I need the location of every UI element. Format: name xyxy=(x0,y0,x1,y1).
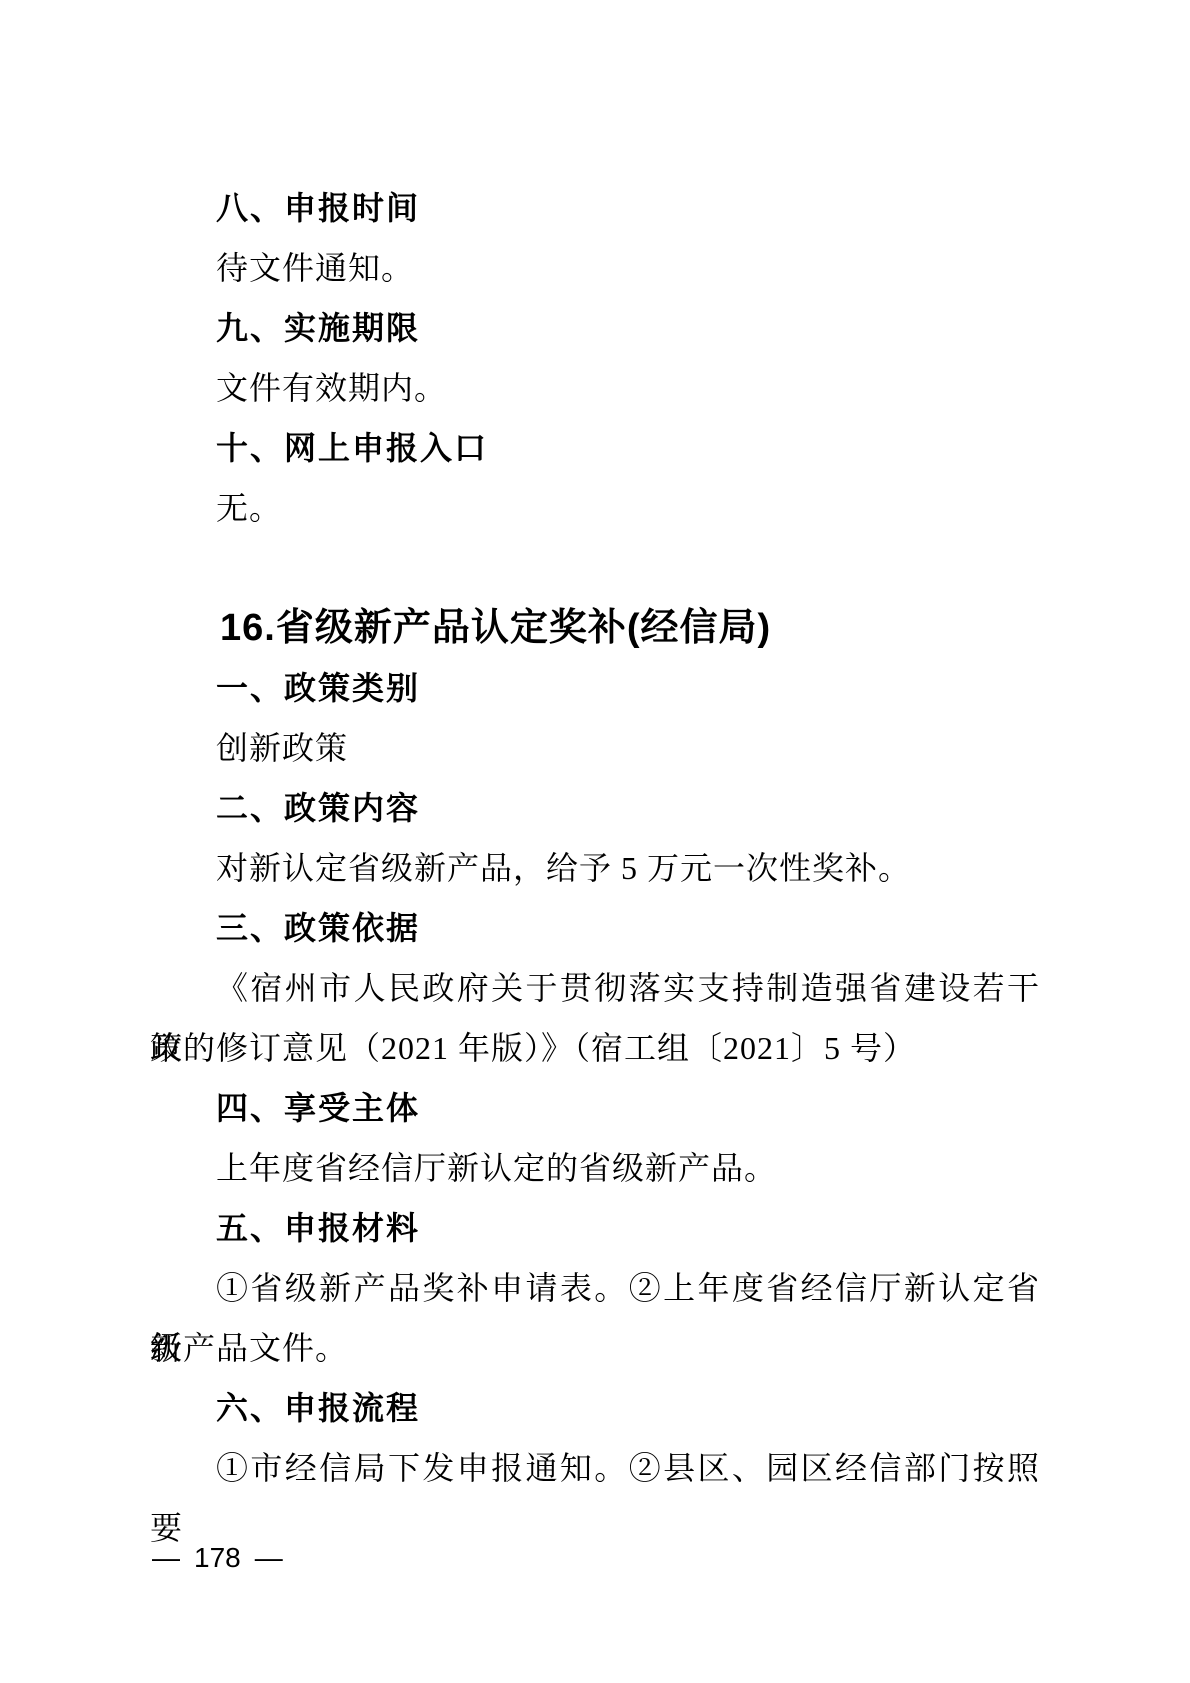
heading-1-policy-category: 一、政策类别 xyxy=(150,658,1040,718)
heading-4-beneficiary: 四、享受主体 xyxy=(150,1078,1040,1138)
para-implementation-period: 文件有效期内。 xyxy=(150,358,1040,418)
page-number: 178 xyxy=(194,1538,241,1578)
footer-dash-right: — xyxy=(255,1538,283,1578)
para-online-entry: 无。 xyxy=(150,478,1040,538)
para-application-materials-line2: 新产品文件。 xyxy=(150,1318,1040,1378)
para-application-process-line1: ①市经信局下发申报通知。②县区、园区经信部门按照要 xyxy=(150,1438,1040,1498)
heading-9-implementation-period: 九、实施期限 xyxy=(150,298,1040,358)
para-application-time: 待文件通知。 xyxy=(150,238,1040,298)
section-title-16: 16.省级新产品认定奖补(经信局) xyxy=(150,598,1040,658)
heading-3-policy-basis: 三、政策依据 xyxy=(150,898,1040,958)
heading-6-application-process: 六、申报流程 xyxy=(150,1378,1040,1438)
heading-10-online-entry: 十、网上申报入口 xyxy=(150,418,1040,478)
document-page: 八、申报时间 待文件通知。 九、实施期限 文件有效期内。 十、网上申报入口 无。… xyxy=(0,0,1190,1683)
page-footer: — 178 — xyxy=(152,1538,283,1578)
para-policy-basis-line2: 策的修订意见（2021 年版）》（宿工组〔2021〕5 号） xyxy=(150,1018,1040,1078)
para-policy-basis-line1: 《宿州市人民政府关于贯彻落实支持制造强省建设若干政 xyxy=(150,958,1040,1018)
para-application-materials-line1: ①省级新产品奖补申请表。②上年度省经信厅新认定省级 xyxy=(150,1258,1040,1318)
footer-dash-left: — xyxy=(152,1538,180,1578)
para-beneficiary: 上年度省经信厅新认定的省级新产品。 xyxy=(150,1138,1040,1198)
heading-8-application-time: 八、申报时间 xyxy=(150,178,1040,238)
spacer xyxy=(150,538,1040,598)
para-policy-content: 对新认定省级新产品，给予 5 万元一次性奖补。 xyxy=(150,838,1040,898)
para-policy-category: 创新政策 xyxy=(150,718,1040,778)
heading-5-application-materials: 五、申报材料 xyxy=(150,1198,1040,1258)
document-body: 八、申报时间 待文件通知。 九、实施期限 文件有效期内。 十、网上申报入口 无。… xyxy=(150,178,1040,1498)
heading-2-policy-content: 二、政策内容 xyxy=(150,778,1040,838)
